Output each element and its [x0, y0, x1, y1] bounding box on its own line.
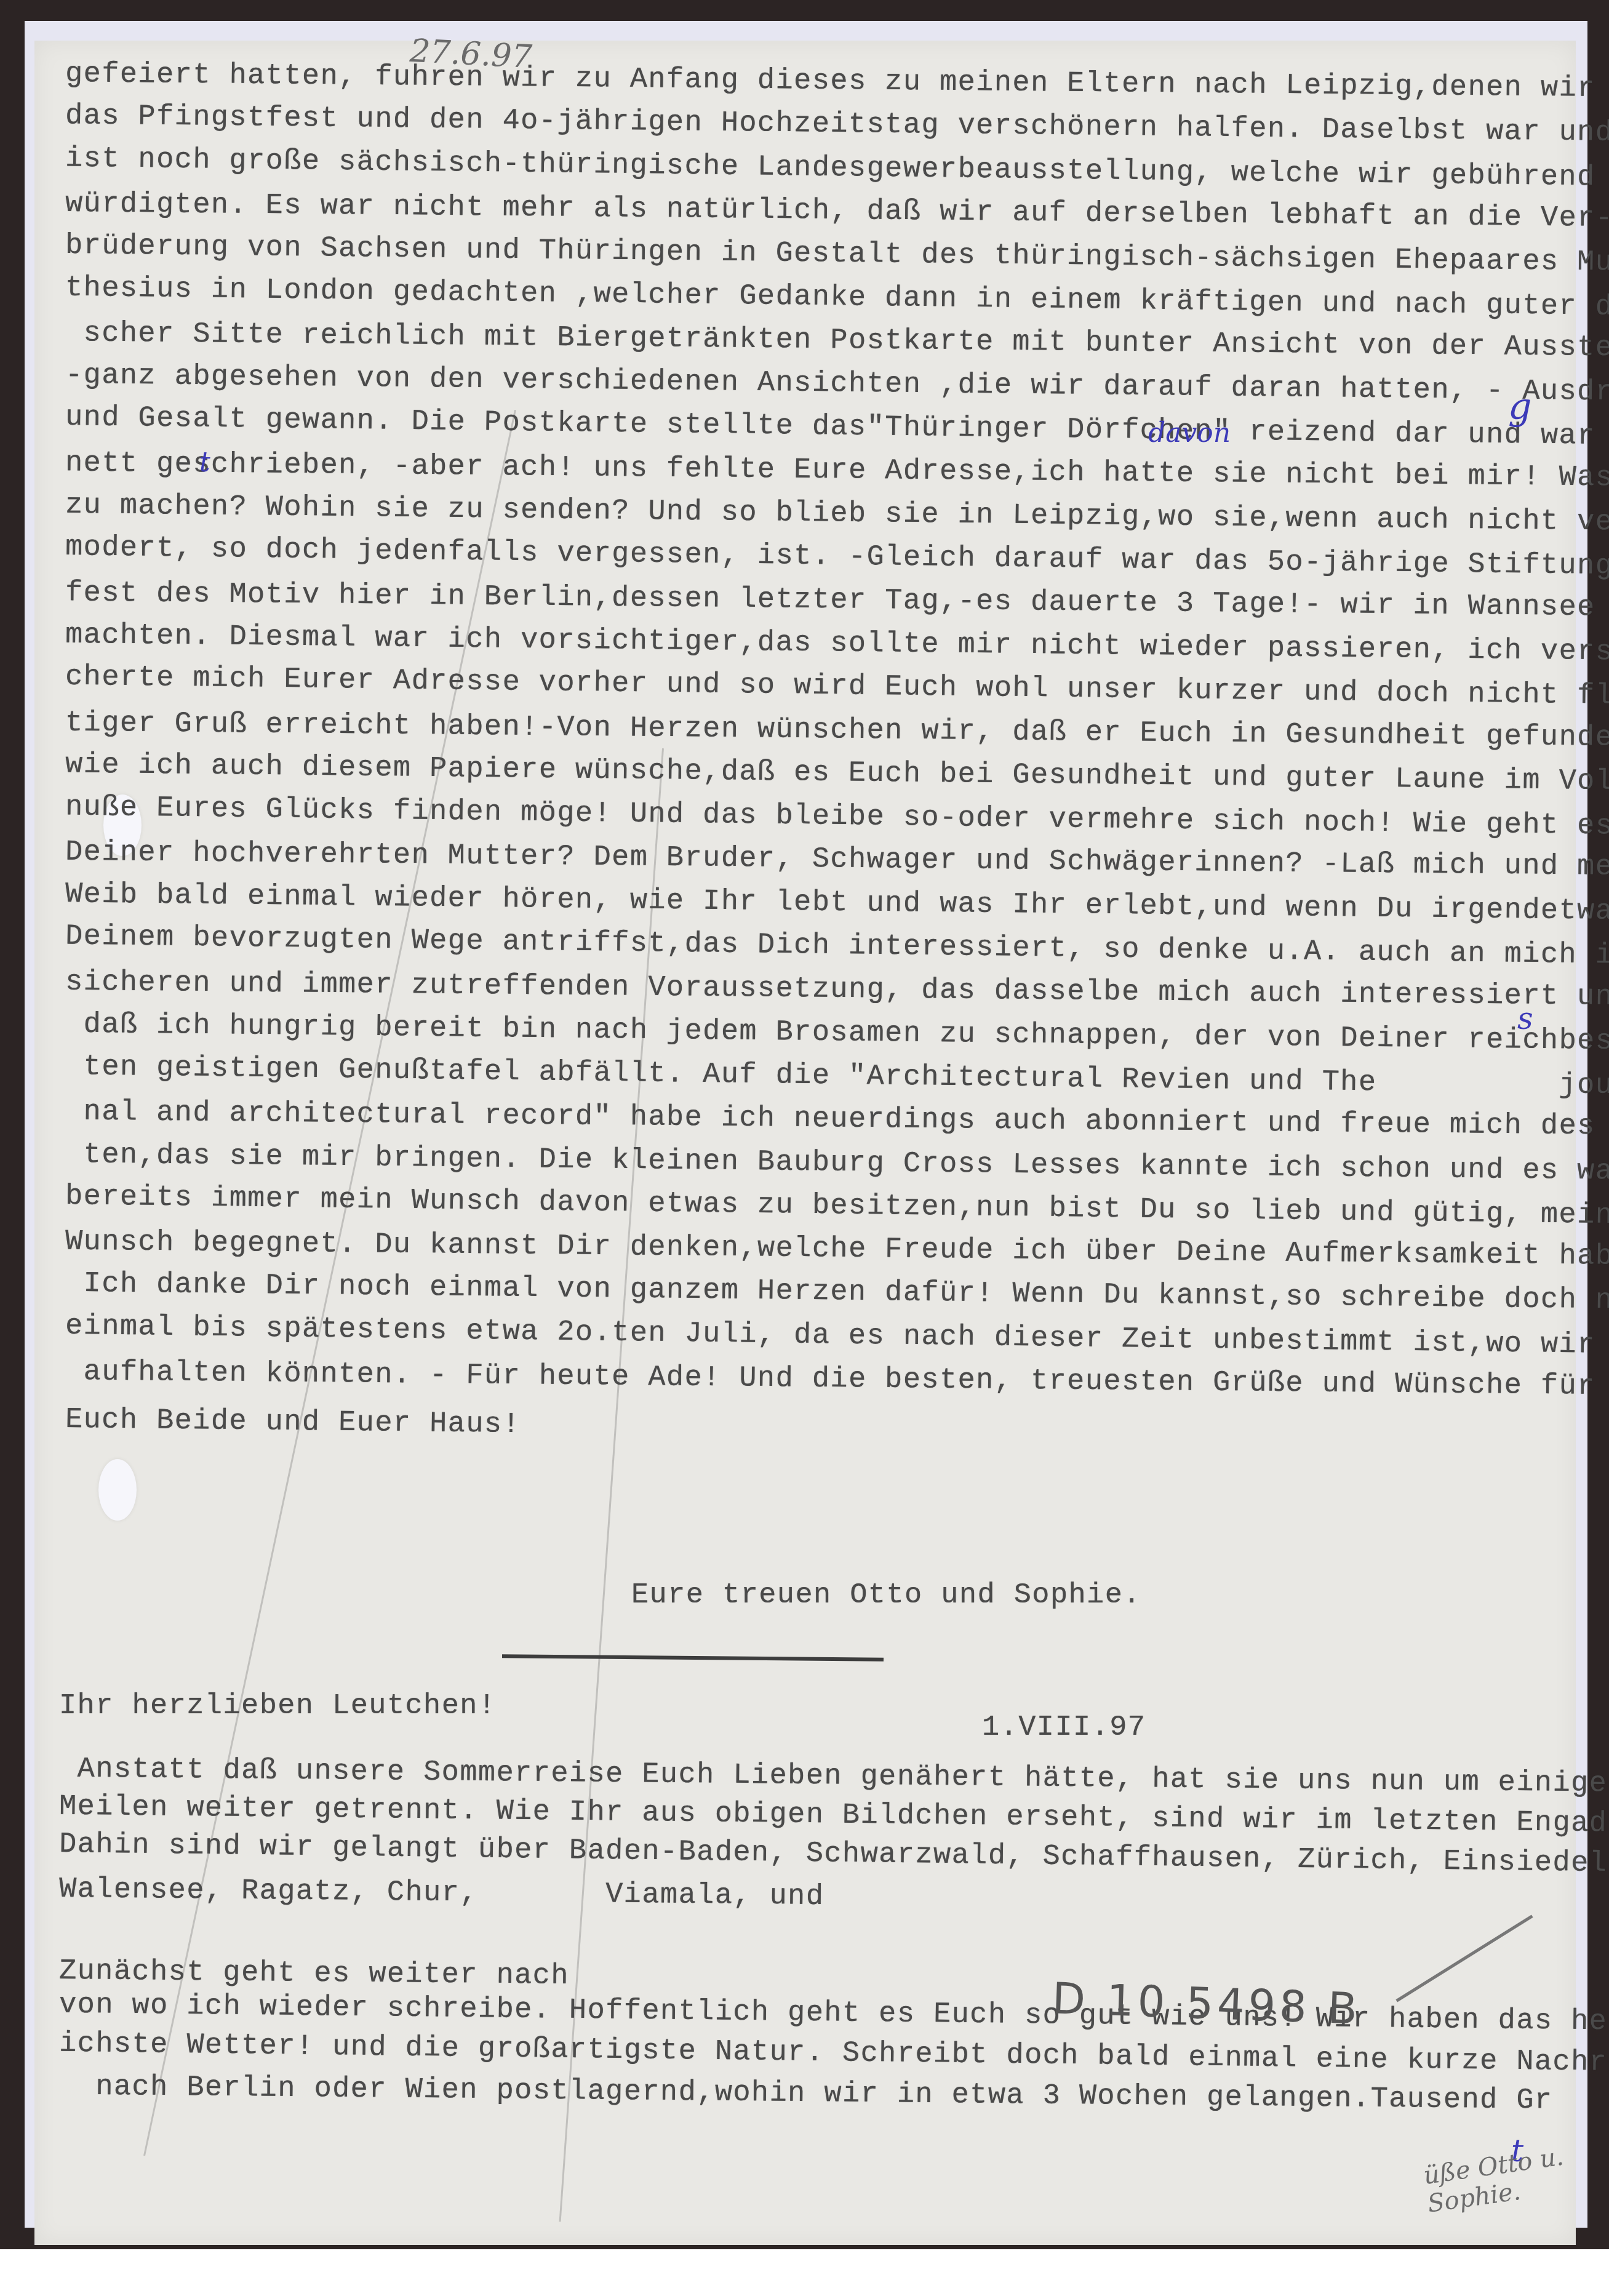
text-line: tiger Gruß erreicht haben!-Von Herzen wü… [65, 706, 1609, 754]
archive-number: D 10 5498 B [1052, 1973, 1362, 2034]
text-line: Weib bald einmal wieder hören, wie Ihr l… [65, 878, 1609, 929]
handwritten-closing: üße Otto u. Sophie. [1422, 2141, 1579, 2218]
text-line: ten geistigen Genußtafel abfällt. Auf di… [65, 1050, 1609, 1103]
text-line: das Pfingstfest und den 4o-jährigen Hoch… [65, 100, 1609, 150]
text-line: nach Berlin oder Wien postlagernd,wohin … [59, 2070, 1553, 2117]
ink-margin-g: g [1508, 385, 1531, 428]
text-line: sicheren und immer zutreffenden Vorausse… [65, 966, 1609, 1014]
text-line: zu machen? Wohin sie zu senden? Und so b… [65, 489, 1609, 539]
text-line: -ganz abgesehen von den verschiedenen An… [65, 359, 1609, 410]
text-line: cherte mich Eurer Adresse vorher und so … [65, 661, 1609, 714]
text-line: ten,das sie mir bringen. Die kleinen Bau… [65, 1138, 1609, 1188]
text-line: und Gesalt gewann. Die Postkarte stellte… [65, 401, 1609, 454]
text-line: nal and architectural record" habe ich n… [65, 1096, 1609, 1144]
text-line: bereits immer mein Wunsch davon etwas zu… [65, 1180, 1609, 1233]
ink-correction-davon: davon [1148, 417, 1231, 449]
text-line: modert, so doch jedenfalls vergessen, is… [65, 531, 1609, 583]
text-line: Deiner hochverehrten Mutter? Dem Bruder,… [65, 836, 1609, 884]
text-line: Deinem bevorzugten Wege antriffst,das Di… [65, 920, 1609, 973]
text-line: brüderung von Sachsen und Thüringen in G… [65, 230, 1609, 279]
text-line: gefeiert hatten, fuhren wir zu Anfang di… [65, 58, 1595, 105]
text-line: Zunächst geht es weiter nach [59, 1955, 569, 1993]
letter-page: 27.6.97 gefeiert hatten, fuhren wir zu A… [34, 41, 1576, 2245]
text-line: Wunsch begegnet. Du kannst Dir denken,we… [65, 1226, 1609, 1274]
ink-correction-t: t [199, 447, 210, 478]
ink-margin-s: s [1517, 1001, 1533, 1036]
text-line: Walensee, Ragatz, Chur, Viamala, und [59, 1873, 824, 1913]
text-line: würdigten. Es war nicht mehr als natürli… [65, 188, 1609, 235]
letter-date: 1.VIII.97 [982, 1711, 1146, 1744]
text-line: machten. Diesmal war ich vorsichtiger,da… [65, 619, 1609, 669]
text-line: scher Sitte reichlich mit Biergetränkten… [65, 317, 1609, 366]
text-line: nuße Eures Glücks finden möge! Und das b… [65, 791, 1609, 843]
text-line: aufhalten könnten. - Für heute Ade! Und … [65, 1356, 1595, 1403]
text-line: thesius in London gedachten ,welcher Ged… [65, 271, 1609, 324]
salutation: Ihr herzlieben Leutchen! [59, 1690, 497, 1722]
text-line: ist noch große sächsisch-thüringische La… [65, 142, 1595, 194]
text-line: fest des Motiv hier in Berlin,dessen let… [65, 577, 1609, 625]
text-line: Euch Beide und Euer Haus! [65, 1404, 521, 1441]
punch-hole-lower [98, 1459, 137, 1521]
text-line: einmal bis spätestens etwa 2o.ten Juli, … [65, 1310, 1609, 1362]
text-line: Ich danke Dir noch einmal von ganzem Her… [65, 1268, 1609, 1318]
separator-rule [502, 1654, 884, 1661]
signature: Eure treuen Otto und Sophie. [631, 1579, 1141, 1612]
text-line: daß ich hungrig bereit bin nach jedem Br… [65, 1008, 1609, 1058]
text-line: wie ich auch diesem Papiere wünsche,daß … [65, 748, 1609, 799]
text-line: nett geschrieben, -aber ach! uns fehlte … [65, 447, 1609, 495]
